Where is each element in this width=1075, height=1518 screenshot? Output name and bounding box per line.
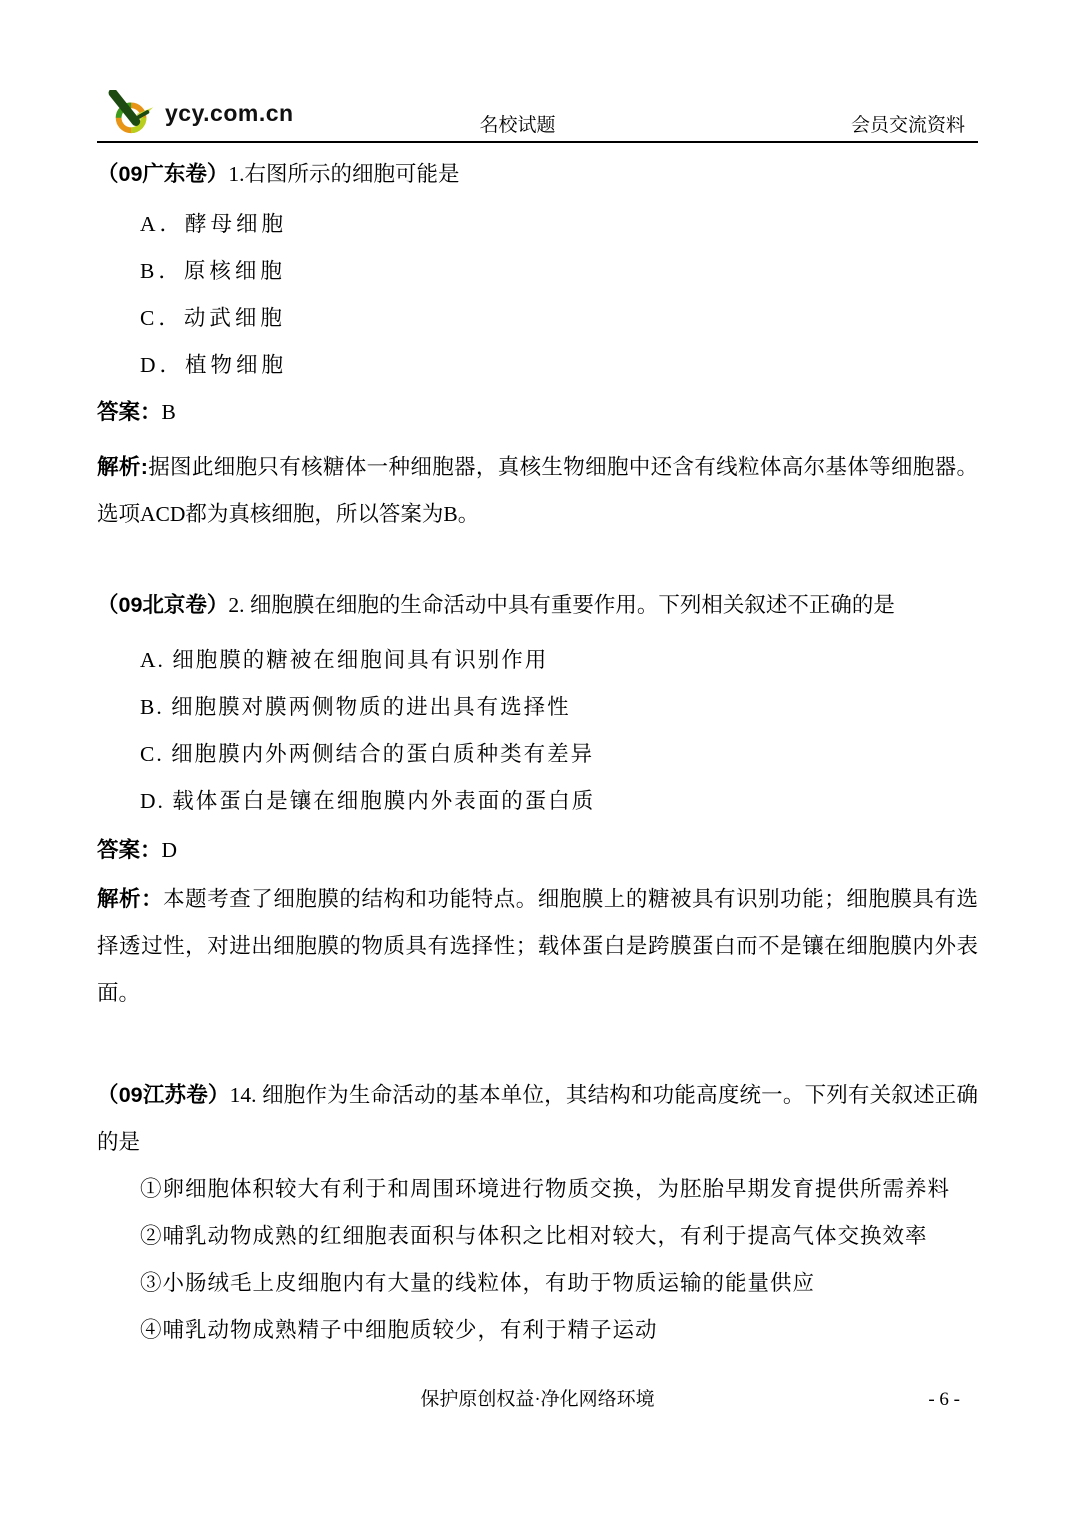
analysis-text: 本题考查了细胞膜的结构和功能特点。细胞膜上的糖被具有识别功能；细胞膜具有选择透过… (97, 887, 978, 1005)
header-center-label: 名校试题 (479, 110, 555, 137)
option-item: A. 细胞膜的糖被在细胞间具有识别作用 (140, 637, 978, 684)
question-2-stem: （09北京卷）2. 细胞膜在细胞的生命活动中具有重要作用。下列相关叙述不正确的是 (97, 582, 978, 629)
question-2-lead: 2. 细胞膜在细胞的生命活动中具有重要作用。下列相关叙述不正确的是 (228, 593, 895, 617)
option-item: A．酵母细胞 (140, 201, 978, 248)
option-item: B．原核细胞 (140, 248, 978, 295)
question-1-answer-line: 答案：B (97, 389, 978, 436)
option-item: B. 细胞膜对膜两侧物质的进出具有选择性 (140, 684, 978, 731)
question-1-analysis: 解析:据图此细胞只有核糖体一种细胞器，真核生物细胞中还含有线粒体高尔基体等细胞器… (97, 444, 978, 538)
site-logo: ycy.com.cn (108, 90, 294, 136)
option-item: C．动武细胞 (140, 295, 978, 342)
question-14-source: （09江苏卷） (97, 1083, 230, 1107)
option-item: C. 细胞膜内外两侧结合的蛋白质种类有差异 (140, 731, 978, 778)
statement-item: ②哺乳动物成熟的红细胞表面积与体积之比相对较大，有利于提高气体交换效率 (140, 1213, 978, 1260)
question-14-lead: 14. 细胞作为生命活动的基本单位，其结构和功能高度统一。下列有关叙述正确的是 (97, 1083, 978, 1154)
option-item: D．植物细胞 (140, 342, 978, 389)
answer-value: D (162, 838, 178, 862)
statement-item: ③小肠绒毛上皮细胞内有大量的线粒体，有助于物质运输的能量供应 (140, 1260, 978, 1307)
answer-value: B (162, 400, 176, 424)
page-header: ycy.com.cn 名校试题 会员交流资料 (97, 0, 978, 143)
question-1-lead: 1.右图所示的细胞可能是 (228, 162, 459, 186)
analysis-label: 解析： (97, 887, 163, 911)
question-2-answer-line: 答案：D (97, 827, 978, 874)
site-name: ycy.com.cn (165, 100, 294, 127)
page-number: - 6 - (928, 1376, 960, 1423)
document-body: （09广东卷）1.右图所示的细胞可能是 A．酵母细胞 B．原核细胞 C．动武细胞… (97, 151, 978, 1354)
question-1-options: A．酵母细胞 B．原核细胞 C．动武细胞 D．植物细胞 (97, 201, 978, 389)
answer-label: 答案： (97, 838, 162, 862)
question-2-analysis: 解析：本题考查了细胞膜的结构和功能特点。细胞膜上的糖被具有识别功能；细胞膜具有选… (97, 876, 978, 1017)
option-item: D. 载体蛋白是镶在细胞膜内外表面的蛋白质 (140, 778, 978, 825)
statement-item: ④哺乳动物成熟精子中细胞质较少，有利于精子运动 (140, 1307, 978, 1354)
ycy-logo-icon (108, 90, 158, 136)
footer-slogan: 保护原创权益·净化网络环境 (97, 1376, 978, 1423)
question-14-statements: ①卵细胞体积较大有利于和周围环境进行物质交换，为胚胎早期发育提供所需养料 ②哺乳… (97, 1166, 978, 1354)
answer-label: 答案： (97, 400, 162, 424)
question-1-stem: （09广东卷）1.右图所示的细胞可能是 (97, 151, 978, 198)
header-right-label: 会员交流资料 (851, 110, 965, 137)
document-page: ycy.com.cn 名校试题 会员交流资料 （09广东卷）1.右图所示的细胞可… (0, 0, 1075, 1518)
analysis-label: 解析: (97, 455, 148, 479)
question-14-stem: （09江苏卷）14. 细胞作为生命活动的基本单位，其结构和功能高度统一。下列有关… (97, 1072, 978, 1166)
question-2-options: A. 细胞膜的糖被在细胞间具有识别作用 B. 细胞膜对膜两侧物质的进出具有选择性… (97, 637, 978, 825)
question-1-source: （09广东卷） (97, 162, 228, 186)
page-footer: 保护原创权益·净化网络环境 - 6 - (97, 1376, 978, 1423)
statement-item: ①卵细胞体积较大有利于和周围环境进行物质交换，为胚胎早期发育提供所需养料 (140, 1166, 978, 1213)
analysis-text: 据图此细胞只有核糖体一种细胞器，真核生物细胞中还含有线粒体高尔基体等细胞器。选项… (97, 455, 978, 526)
question-2-source: （09北京卷） (97, 593, 228, 617)
